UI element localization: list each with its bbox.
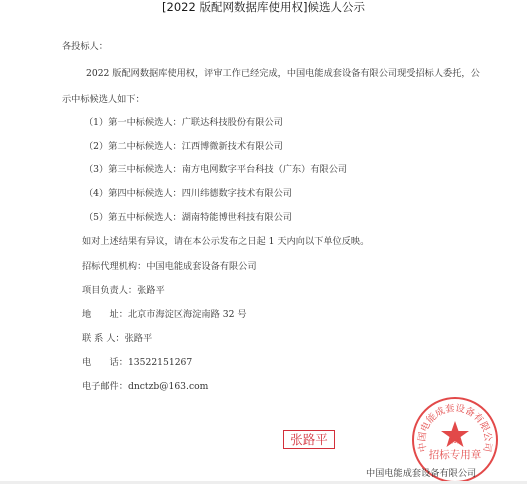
footer-company-name: 中国电能成套设备有限公司: [366, 468, 476, 480]
agency-label: 招标代理机构：: [82, 261, 146, 272]
candidate-item-1: （1）第一中标候选人：广联达科技股份有限公司: [84, 117, 283, 129]
project-manager-label: 项目负责人：: [82, 285, 137, 296]
candidate-item-5: （5）第五中标候选人：湖南特能博世科技有限公司: [84, 212, 292, 224]
intro-paragraph-line-2: 示中标候选人如下：: [62, 94, 145, 106]
seal-bottom-text: 招标专用章: [414, 449, 496, 461]
candidate-rank-label: （5）第五中标候选人：: [84, 212, 182, 223]
candidate-company: 四川纬德数字技术有限公司: [182, 188, 292, 199]
candidate-rank-label: （2）第二中标候选人：: [84, 141, 182, 152]
document-title: [2022 版配网数据库使用权]候选人公示: [0, 0, 527, 14]
signature-stamp: 张路平: [283, 430, 335, 449]
address-value: 北京市海淀区海淀南路 32 号: [128, 309, 247, 320]
candidate-item-2: （2）第二中标候选人：江西博微新技术有限公司: [84, 141, 283, 153]
intro-paragraph-line-1: 2022 版配网数据库使用权，评审工作已经完成，中国电能成套设备有限公司现受招标…: [86, 68, 480, 80]
project-manager-row: 项目负责人：张路平: [82, 285, 165, 297]
agency-value: 中国电能成套设备有限公司: [146, 261, 256, 272]
contact-person-row: 联 系 人：张路平: [82, 333, 152, 345]
phone-row: 电 话：13522151267: [82, 357, 192, 369]
candidate-company: 南方电网数字平台科技（广东）有限公司: [182, 164, 347, 175]
contact-person-label: 联 系 人：: [82, 333, 125, 344]
candidate-company: 江西博微新技术有限公司: [182, 141, 283, 152]
candidate-rank-label: （1）第一中标候选人：: [84, 117, 182, 128]
agency-row: 招标代理机构：中国电能成套设备有限公司: [82, 261, 257, 273]
address-row: 地 址：北京市海淀区海淀南路 32 号: [82, 309, 247, 321]
seal-center-text: (1): [451, 438, 460, 445]
candidate-company: 湖南特能博世科技有限公司: [182, 212, 292, 223]
candidate-rank-label: （3）第三中标候选人：: [84, 164, 182, 175]
candidate-rank-label: （4）第四中标候选人：: [84, 188, 182, 199]
address-label: 地 址：: [82, 309, 128, 320]
phone-label: 电 话：: [82, 357, 128, 368]
project-manager-value: 张路平: [137, 285, 165, 296]
phone-value: 13522151267: [128, 357, 192, 368]
email-value[interactable]: dnctzb@163.com: [128, 381, 208, 392]
email-label: 电子邮件：: [82, 381, 128, 392]
objection-notice: 如对上述结果有异议，请在本公示发布之日起 1 天内向以下单位反映。: [82, 236, 369, 248]
candidate-company: 广联达科技股份有限公司: [182, 117, 283, 128]
email-row: 电子邮件：dnctzb@163.com: [82, 381, 208, 393]
salutation: 各投标人：: [62, 41, 108, 53]
candidate-item-4: （4）第四中标候选人：四川纬德数字技术有限公司: [84, 188, 292, 200]
contact-person-value: 张路平: [125, 333, 153, 344]
candidate-item-3: （3）第三中标候选人：南方电网数字平台科技（广东）有限公司: [84, 164, 347, 176]
